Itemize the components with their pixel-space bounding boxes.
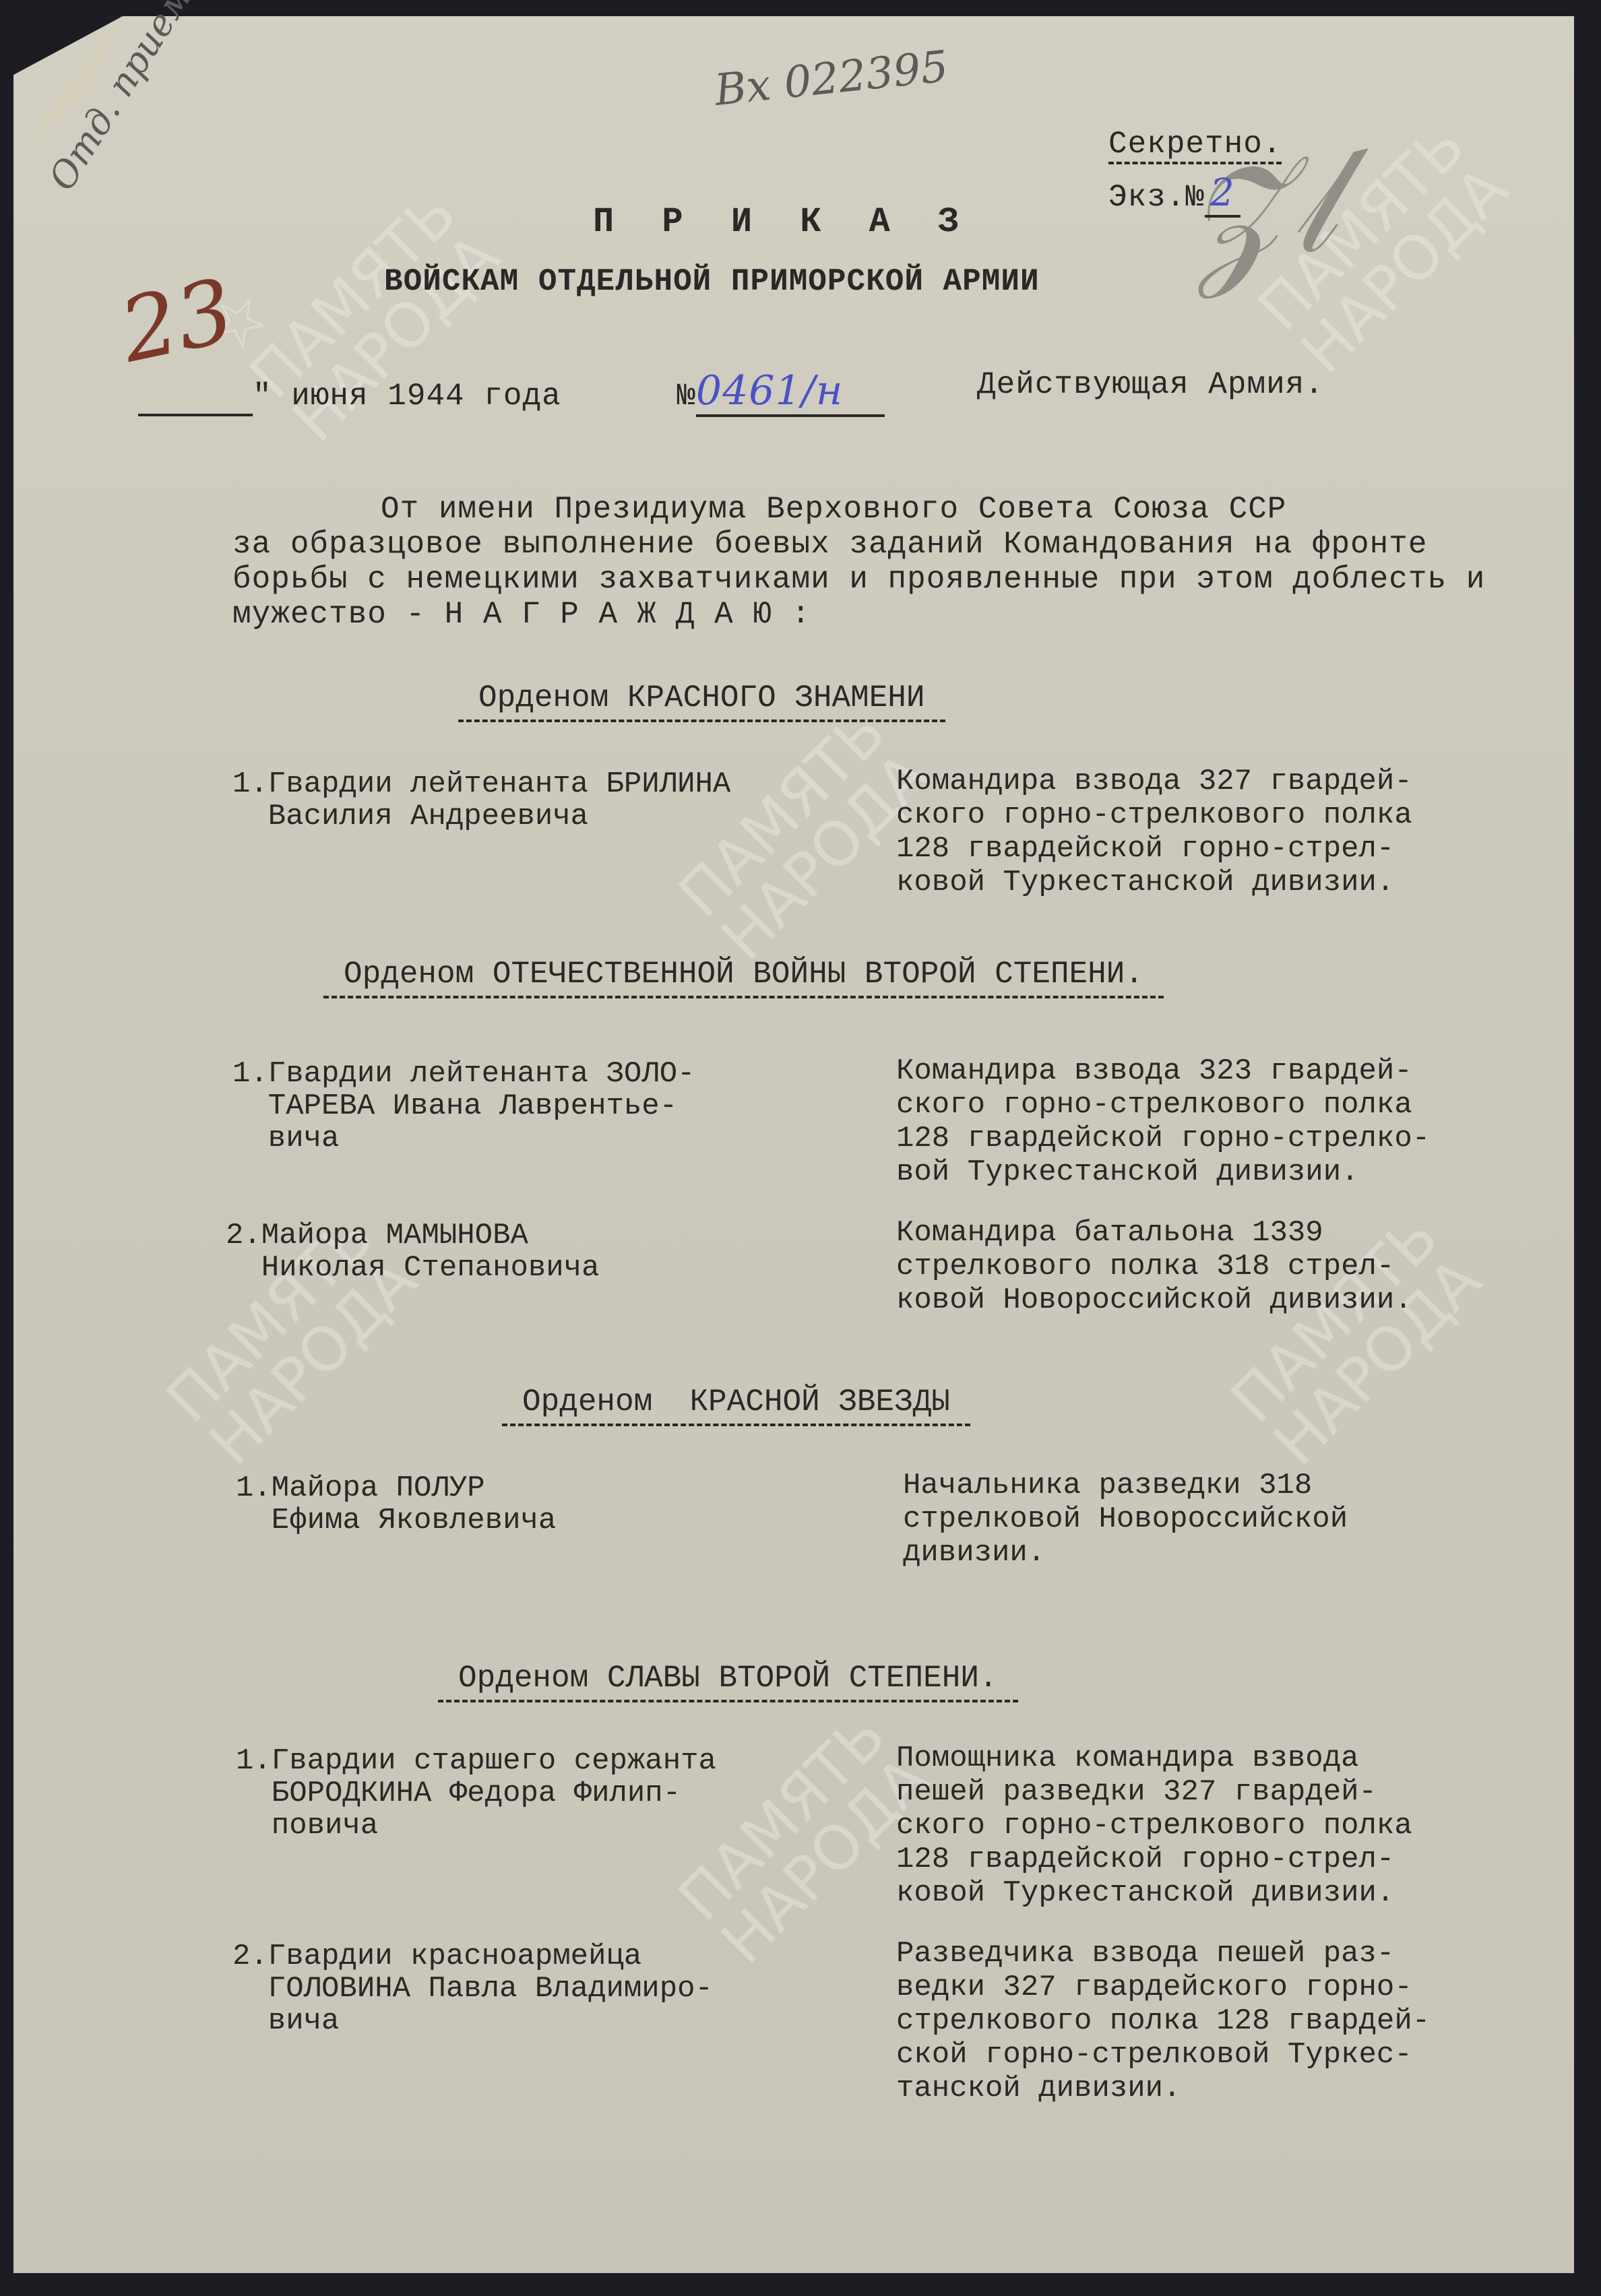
- document-subtitle: ВОЙСКАМ ОТДЕЛЬНОЙ ПРИМОРСКОЙ АРМИИ: [384, 264, 1040, 299]
- award-position: Командира взвода 327 гвардей- ского горн…: [896, 765, 1412, 899]
- classification: Секретно.: [1108, 127, 1282, 162]
- award-position: Начальника разведки 318 стрелковой Новор…: [903, 1469, 1348, 1570]
- award-position: Разведчика взвода пешей раз- ведки 327 г…: [896, 1937, 1430, 2105]
- document-title: П Р И К А З: [593, 202, 972, 242]
- award-recipient: 2.Гвардии красноармейца ГОЛОВИНА Павла В…: [232, 1940, 713, 2037]
- section-heading: Орденом КРАСНОЙ ЗВЕЗДЫ: [502, 1384, 970, 1426]
- date-line: " июня 1944 года №0461/н: [138, 367, 885, 417]
- order-number: 0461/н: [696, 367, 885, 417]
- award-recipient: 1.Майора ПОЛУР Ефима Яковлевича: [236, 1472, 556, 1537]
- award-recipient: 2.Майора МАМЫНОВА Николая Степановича: [226, 1219, 600, 1284]
- copy-number: Экз.№2: [1108, 171, 1241, 215]
- section-heading: Орденом КРАСНОГО ЗНАМЕНИ: [458, 680, 945, 722]
- date-day: [138, 379, 253, 416]
- award-position: Командира батальона 1339 стрелкового пол…: [896, 1216, 1412, 1317]
- place: Действующая Армия.: [977, 367, 1324, 402]
- section-heading: Орденом СЛАВЫ ВТОРОЙ СТЕПЕНИ.: [438, 1661, 1018, 1702]
- preamble: От имени Президиума Верховного Совета Со…: [232, 492, 1486, 632]
- award-recipient: 1.Гвардии старшего сержанта БОРОДКИНА Фе…: [236, 1745, 716, 1842]
- award-recipient: 1.Гвардии лейтенанта ЗОЛО- ТАРЕВА Ивана …: [232, 1058, 695, 1155]
- section-heading: Орденом ОТЕЧЕСТВЕННОЙ ВОЙНЫ ВТОРОЙ СТЕПЕ…: [323, 957, 1164, 998]
- award-position: Командира взвода 323 гвардей- ского горн…: [896, 1054, 1430, 1189]
- award-position: Помощника командира взвода пешей разведк…: [896, 1742, 1412, 1910]
- award-recipient: 1.Гвардии лейтенанта БРИЛИНА Василия Анд…: [232, 768, 730, 833]
